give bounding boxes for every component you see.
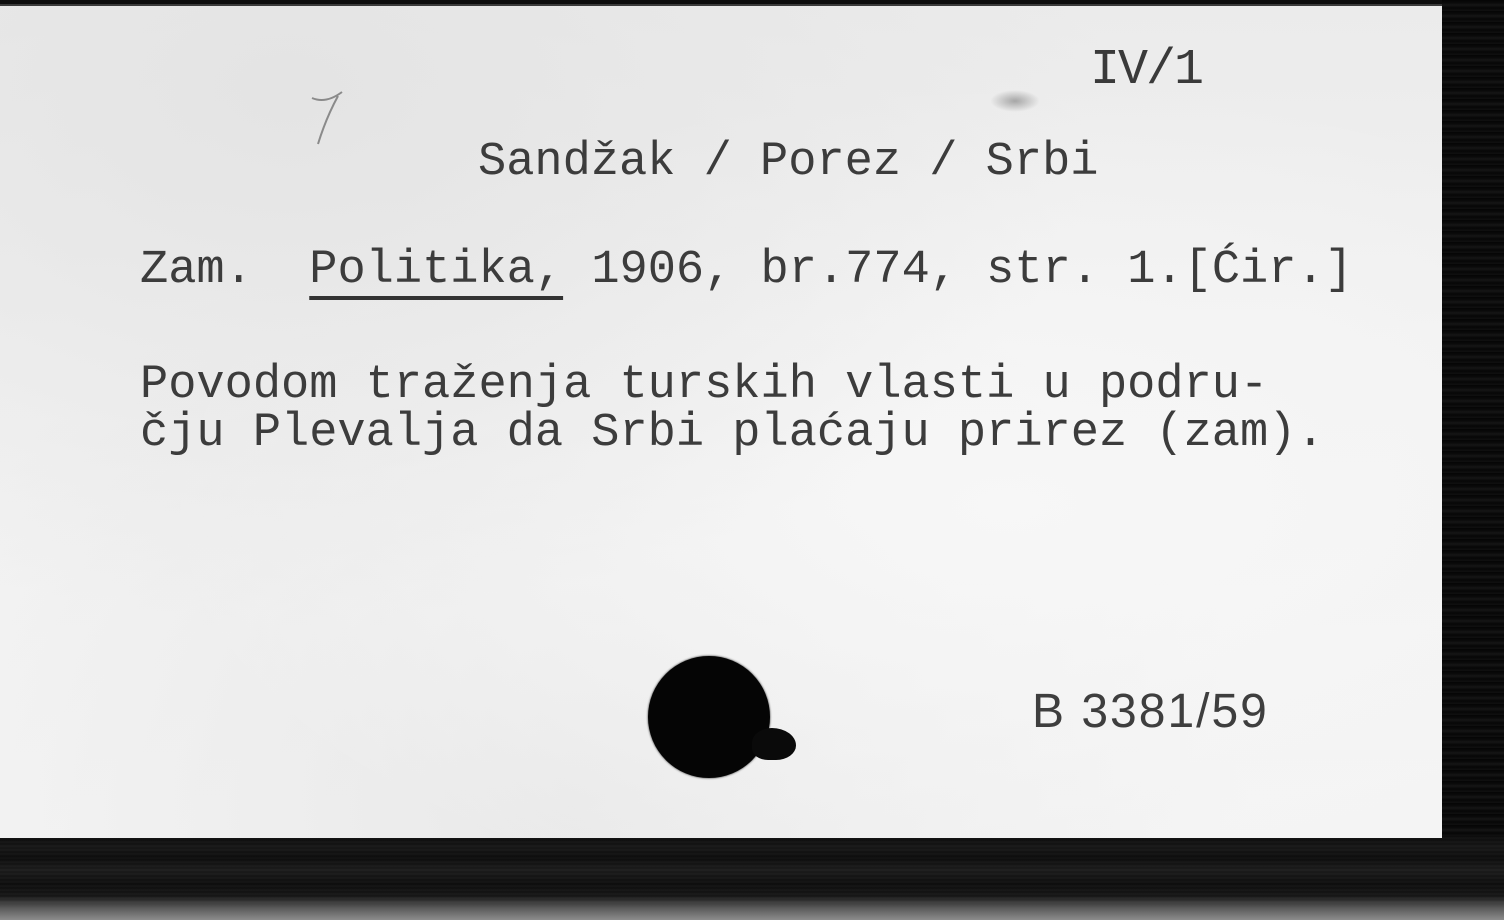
citation-prefix: Zam.	[140, 244, 253, 297]
subject-heading: Sandžak / Porez / Srbi	[478, 136, 1099, 189]
summary-line: čju Plevalja da Srbi plaćaju prirez (zam…	[140, 410, 1325, 458]
summary-text: Povodom traženja turskih vlasti u podru-…	[140, 362, 1325, 458]
citation-line: Zam. Politika, 1906, br.774, str. 1.[Ćir…	[140, 244, 1353, 297]
accession-number: B 3381/59	[1032, 684, 1269, 739]
punch-hole	[648, 656, 770, 778]
scanner-background-bottom	[0, 836, 1504, 920]
call-number: IV/1	[1090, 42, 1202, 99]
summary-line: Povodom traženja turskih vlasti u podru-	[140, 362, 1325, 410]
source-title: Politika,	[309, 244, 563, 297]
ink-smudge	[990, 90, 1040, 112]
scanner-background-right	[1442, 0, 1504, 920]
citation-details: 1906, br.774, str. 1.	[591, 244, 1183, 297]
index-card: IV/1 Sandžak / Porez / Srbi Zam. Politik…	[0, 4, 1442, 838]
pencil-mark-icon	[308, 88, 348, 148]
script-note: [Ćir.]	[1184, 244, 1353, 297]
scanned-index-card-image: IV/1 Sandžak / Porez / Srbi Zam. Politik…	[0, 0, 1504, 920]
